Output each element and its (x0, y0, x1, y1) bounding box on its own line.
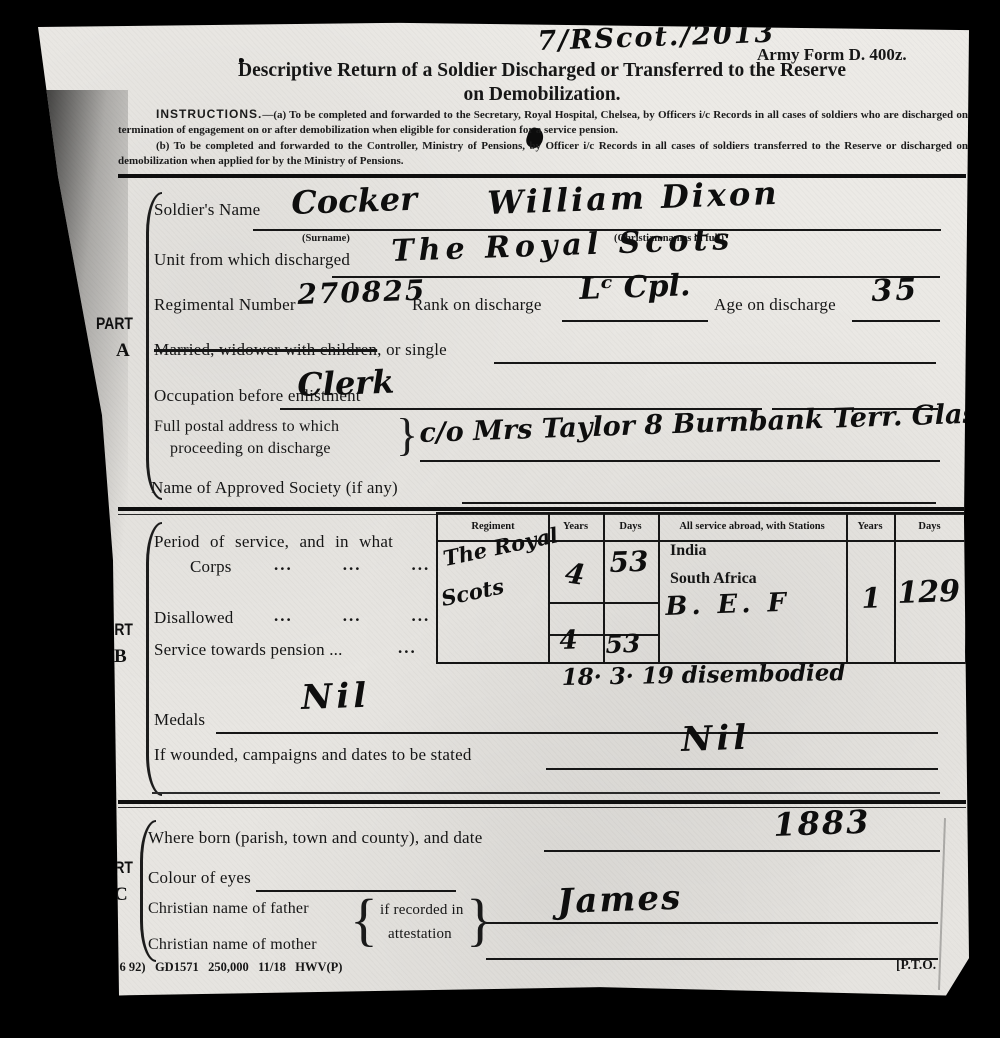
form-title-line1: Descriptive Return of a Soldier Discharg… (118, 60, 966, 82)
scanned-document: 7/RScot./2013 Army Form D. 400z. Descrip… (0, 0, 1000, 1038)
medals-label: Medals (154, 710, 205, 730)
service-table: Regiment Years Days All service abroad, … (436, 512, 967, 664)
instructions-paragraph-b: (b) To be completed and forwarded to the… (118, 139, 968, 168)
married-struck-text: Married, widower with children (154, 340, 377, 359)
address-brace: } (396, 408, 418, 461)
part-b-bottom-line (152, 792, 940, 794)
occupation-value: Clerk (297, 363, 395, 404)
table-vline-5 (894, 514, 896, 662)
handwritten-reference: 7/RScot./2013 (537, 18, 776, 57)
days1-value: 53 (609, 545, 649, 579)
table-subline-1 (548, 602, 658, 604)
pension-dots: ... (398, 638, 417, 658)
father-value: James (557, 878, 683, 922)
abroad-days-value: 129 (897, 574, 961, 611)
table-header-days1: Days (603, 521, 658, 532)
pto-note: [P.T.O. (896, 957, 936, 973)
address-label-line1: Full postal address to which (154, 418, 339, 436)
born-value: 1883 (773, 803, 871, 844)
attestation-brace-open: { (350, 886, 378, 953)
part-c-letter: C (114, 884, 128, 906)
address-label-line2: proceeding on discharge (170, 440, 331, 458)
wounded-label: If wounded, campaigns and dates to be st… (154, 745, 472, 765)
surname-caption: (Surname) (302, 233, 350, 244)
pension-label: Service towards pension ... (154, 640, 343, 660)
father-line (486, 892, 938, 924)
recorded-line1: if recorded in (380, 902, 464, 919)
paper-sheet: 7/RScot./2013 Army Form D. 400z. Descrip… (0, 0, 1000, 1038)
instructions-paragraph-a: INSTRUCTIONS.—(a) To be completed and fo… (118, 107, 968, 137)
instructions-lead: INSTRUCTIONS. (156, 107, 262, 121)
soldiers-name-label: Soldier's Name (154, 200, 260, 220)
years2-value: 4 (559, 625, 578, 656)
or-single-text: , or single (377, 340, 447, 359)
station-india: India (670, 542, 706, 560)
rank-value: Lᶜ Cpl. (579, 268, 691, 307)
table-vline-4 (846, 514, 848, 662)
marital-status-row: Married, widower with children, or singl… (154, 340, 447, 360)
period-dots: ... ... ... (274, 555, 430, 575)
days2-value: 53 (605, 629, 641, 659)
disallowed-dots: ... ... ... (274, 606, 430, 626)
instructions-text-b: (b) To be completed and forwarded to the… (118, 140, 968, 167)
part-b-letter: B (114, 646, 127, 668)
rank-label: Rank on discharge (412, 295, 542, 315)
medals-value: Nil (301, 676, 371, 718)
print-imprint: (8 6 92) GD1571 250,000 11/18 HWV(P) (106, 960, 342, 975)
section-rule-ab (118, 507, 966, 511)
recorded-line2: attestation (388, 926, 452, 943)
part-b-word: PART (96, 620, 133, 640)
wounded-value: Nil (681, 718, 751, 760)
part-a-word: PART (96, 314, 133, 334)
station-south-africa: South Africa (670, 570, 757, 588)
years1-value: 4 (563, 556, 587, 591)
part-a-letter: A (116, 340, 130, 362)
abroad-years-value: 1 (861, 581, 882, 615)
form-title-line2: on Demobilization. (118, 84, 966, 106)
father-label: Christian name of father (148, 900, 309, 918)
table-header-days2: Days (894, 521, 965, 532)
unit-label: Unit from which discharged (154, 250, 350, 270)
period-label-line1: Period of service, and in what (154, 532, 393, 552)
header-rule (118, 174, 966, 178)
marital-line (494, 334, 936, 364)
page-curl-shadow (28, 90, 128, 990)
regiment-value-line2: Scots (439, 573, 506, 611)
station-bef-value: B. E. F (665, 588, 790, 622)
age-value: 35 (871, 272, 920, 309)
regimental-number-value: 270825 (297, 274, 427, 311)
approved-society-line (462, 472, 936, 504)
born-label: Where born (parish, town and county), an… (148, 828, 482, 848)
part-c-word: PART (96, 858, 133, 878)
table-vline-3 (658, 514, 660, 662)
eyes-label: Colour of eyes (148, 868, 251, 888)
surname-value: Cocker (291, 180, 418, 222)
mother-label: Christian name of mother (148, 936, 317, 954)
period-label-line2: Corps (190, 557, 232, 577)
mother-line (486, 928, 938, 960)
age-label: Age on discharge (714, 295, 836, 315)
disembodied-note: 18· 3· 19 disembodied (562, 659, 846, 691)
table-header-abroad: All service abroad, with Stations (658, 521, 846, 532)
disallowed-label: Disallowed (154, 608, 233, 628)
born-line (544, 820, 940, 852)
table-header-years2: Years (846, 521, 894, 532)
approved-society-label: Name of Approved Society (if any) (151, 478, 398, 498)
regimental-number-label: Regimental Number (154, 295, 296, 315)
